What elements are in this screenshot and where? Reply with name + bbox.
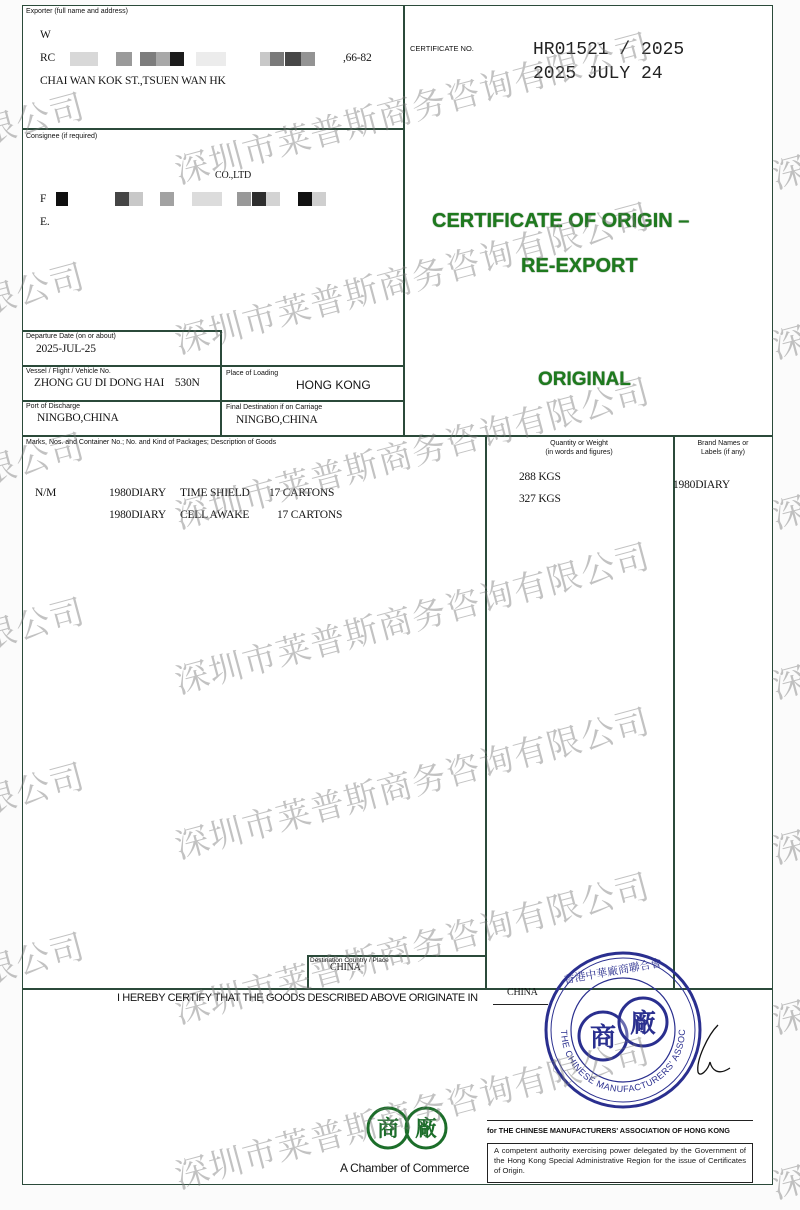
certificate-title: CERTIFICATE OF ORIGIN – <box>432 210 689 233</box>
certificate-date: 2025 JULY 24 <box>533 64 663 84</box>
consignee-line2-prefix: F <box>40 193 46 205</box>
marks-value: N/M <box>35 487 56 499</box>
discharge-value: NINGBO,CHINA <box>37 412 119 424</box>
divider-shipping-mid <box>220 330 222 435</box>
final-destination-value: NINGBO,CHINA <box>236 414 318 426</box>
departure-value: 2025-JUL-25 <box>36 343 96 355</box>
divider-goods-top <box>22 435 773 437</box>
origin-country: CHINA <box>507 987 538 998</box>
divider-vertical-main <box>403 5 405 435</box>
origin-box-value: CHINA <box>330 962 361 973</box>
consignee-label: Consignee (if required) <box>26 133 97 140</box>
divider-quantity-col <box>485 435 487 988</box>
svg-text:商: 商 <box>377 1116 399 1142</box>
row-weight: 327 KGS <box>519 493 561 505</box>
svg-text:香港中華廠商聯合會: 香港中華廠商聯合會 <box>563 955 663 986</box>
exporter-line2-suffix: ,66-82 <box>343 52 372 64</box>
origin-country-underline <box>493 1004 548 1005</box>
signature-icon <box>688 1020 738 1080</box>
exporter-label: Exporter (full name and address) <box>26 8 128 15</box>
discharge-label: Port of Discharge <box>26 403 80 410</box>
brand-header-line1: Brand Names or <box>673 440 773 447</box>
loading-label: Place of Loading <box>226 370 278 377</box>
certification-statement: I HEREBY CERTIFY THAT THE GOODS DESCRIBE… <box>117 992 478 1004</box>
certificate-number: HR01521 / 2025 <box>533 40 684 60</box>
divider-exporter <box>22 128 403 130</box>
goods-description-header: Marks, Nos. and Container No.; No. and K… <box>26 439 276 446</box>
association-stamp-icon: 商 廠 THE CHINESE MANUFACTURERS' ASSOCIATI… <box>543 950 703 1110</box>
row-packages: 17 CARTONS <box>277 509 342 521</box>
authority-statement: A competent authority exercising power d… <box>487 1143 753 1183</box>
vessel-label: Vessel / Flight / Vehicle No. <box>26 368 111 375</box>
certificate-no-label: CERTIFICATE NO. <box>410 44 474 53</box>
row-brand: 1980DIARY <box>109 487 166 499</box>
certificate-subtitle: RE-EXPORT <box>521 255 638 278</box>
vessel-value: ZHONG GU DI DONG HAI 530N <box>34 377 200 389</box>
brand-label-value: 1980DIARY <box>673 479 730 491</box>
divider-departure-top <box>22 330 220 332</box>
consignee-line3-prefix: E. <box>40 216 50 228</box>
row-packages: 17 CARTONS <box>269 487 334 499</box>
exporter-line2-prefix: RC <box>40 52 55 64</box>
brand-header-line2: Labels (if any) <box>673 449 773 456</box>
chamber-logo-icon: 商 廠 <box>362 1104 452 1152</box>
row-item: TIME SHIELD <box>180 487 250 499</box>
divider-origin-box-left <box>307 955 309 988</box>
final-destination-label: Final Destination if on Carriage <box>226 404 322 411</box>
row-brand: 1980DIARY <box>109 509 166 521</box>
loading-value: HONG KONG <box>296 378 371 392</box>
svg-text:廠: 廠 <box>415 1117 437 1142</box>
quantity-header-line2: (in words and figures) <box>485 449 673 456</box>
exporter-line3: CHAI WAN KOK ST.,TSUEN WAN HK <box>40 75 226 87</box>
issuer-for-line: for THE CHINESE MANUFACTURERS' ASSOCIATI… <box>487 1126 730 1135</box>
quantity-header-line1: Quantity or Weight <box>485 440 673 447</box>
row-item: CELL AWAKE <box>180 509 249 521</box>
exporter-line1: W <box>40 29 51 41</box>
divider-discharge-top <box>22 400 403 402</box>
svg-text:廠: 廠 <box>630 1009 656 1039</box>
row-weight: 288 KGS <box>519 471 561 483</box>
chamber-caption: A Chamber of Commerce <box>340 1161 469 1175</box>
original-mark: ORIGINAL <box>538 369 631 391</box>
departure-label: Departure Date (on or about) <box>26 333 116 340</box>
signature-line <box>487 1120 753 1121</box>
svg-text:商: 商 <box>590 1022 616 1053</box>
divider-vessel-top <box>22 365 403 367</box>
divider-brand-col <box>673 435 675 988</box>
consignee-line1-suffix: CO.,LTD <box>215 170 251 181</box>
